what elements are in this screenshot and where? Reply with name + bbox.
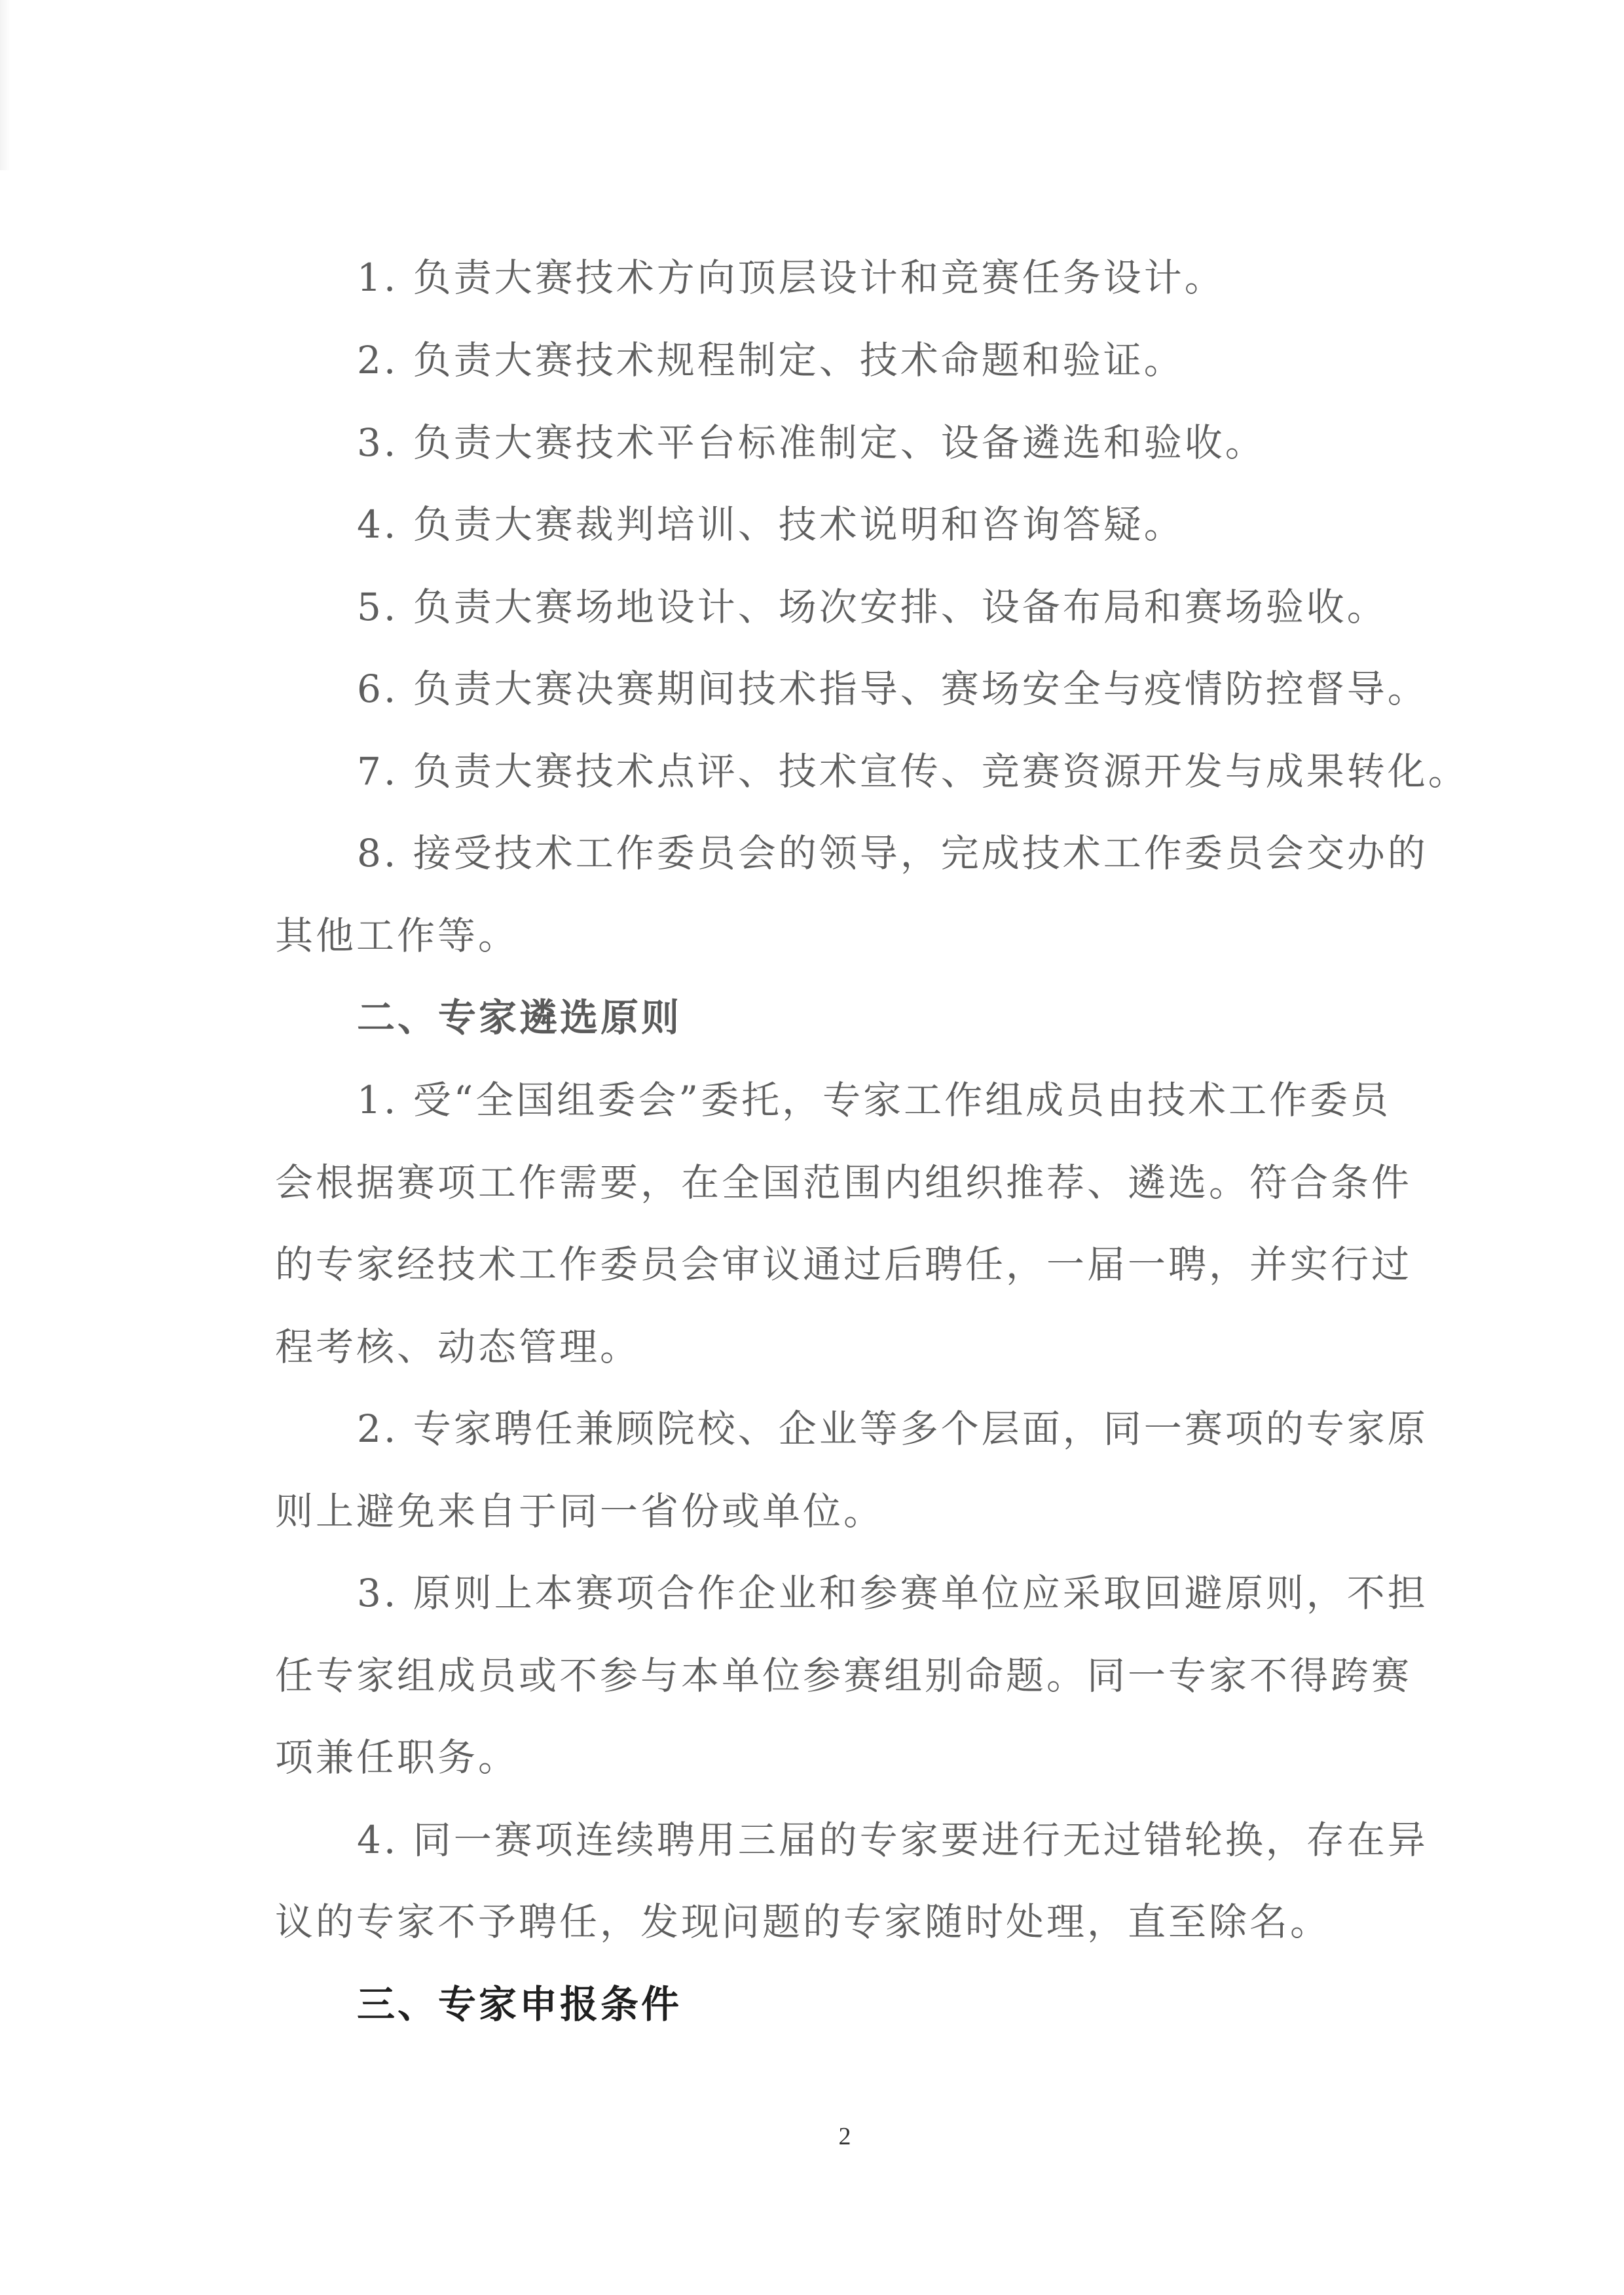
principle-3-line-2: 任专家组成员或不参与本单位参赛组别命题。同一专家不得跨赛 bbox=[275, 1634, 1428, 1717]
duty-item-4: 4. 负责大赛裁判培训、技术说明和咨询答疑。 bbox=[357, 483, 1428, 566]
principle-2-line-2: 则上避免来自于同一省份或单位。 bbox=[275, 1470, 1428, 1552]
duty-item-5: 5. 负责大赛场地设计、场次安排、设备布局和赛场验收。 bbox=[357, 566, 1428, 648]
principle-1-line-1: 1. 受“全国组委会”委托，专家工作组成员由技术工作委员 bbox=[357, 1059, 1428, 1141]
page-number: 2 bbox=[832, 2120, 858, 2153]
section-heading-selection-principles: 二、专家遴选原则 bbox=[357, 976, 1428, 1059]
principle-1-line-4: 程考核、动态管理。 bbox=[275, 1306, 1428, 1388]
document-page: 1. 负责大赛技术方向顶层设计和竞赛任务设计。 2. 负责大赛技术规程制定、技术… bbox=[0, 0, 1624, 2295]
principle-1-line-2: 会根据赛项工作需要，在全国范围内组织推荐、遴选。符合条件 bbox=[275, 1141, 1428, 1224]
duty-item-3: 3. 负责大赛技术平台标准制定、设备遴选和验收。 bbox=[357, 401, 1428, 484]
duty-item-8-line-1: 8. 接受技术工作委员会的领导，完成技术工作委员会交办的 bbox=[357, 812, 1428, 894]
principle-3-line-1: 3. 原则上本赛项合作企业和参赛单位应采取回避原则，不担 bbox=[357, 1552, 1428, 1634]
duty-item-6: 6. 负责大赛决赛期间技术指导、赛场安全与疫情防控督导。 bbox=[357, 648, 1428, 730]
duty-item-2: 2. 负责大赛技术规程制定、技术命题和验证。 bbox=[357, 319, 1428, 401]
principle-4-line-1: 4. 同一赛项连续聘用三届的专家要进行无过错轮换，存在异 bbox=[357, 1799, 1428, 1881]
principle-4-line-2: 议的专家不予聘任，发现问题的专家随时处理，直至除名。 bbox=[275, 1881, 1428, 1963]
duty-item-7: 7. 负责大赛技术点评、技术宣传、竞赛资源开发与成果转化。 bbox=[357, 730, 1428, 813]
duty-item-8-line-2: 其他工作等。 bbox=[275, 894, 1428, 977]
section-heading-application-requirements: 三、专家申报条件 bbox=[357, 1963, 1428, 2046]
principle-1-line-3: 的专家经技术工作委员会审议通过后聘任，一届一聘，并实行过 bbox=[275, 1223, 1428, 1306]
duty-item-1: 1. 负责大赛技术方向顶层设计和竞赛任务设计。 bbox=[357, 236, 1428, 319]
principle-2-line-1: 2. 专家聘任兼顾院校、企业等多个层面，同一赛项的专家原 bbox=[357, 1387, 1428, 1470]
principle-3-line-3: 项兼任职务。 bbox=[275, 1716, 1428, 1799]
